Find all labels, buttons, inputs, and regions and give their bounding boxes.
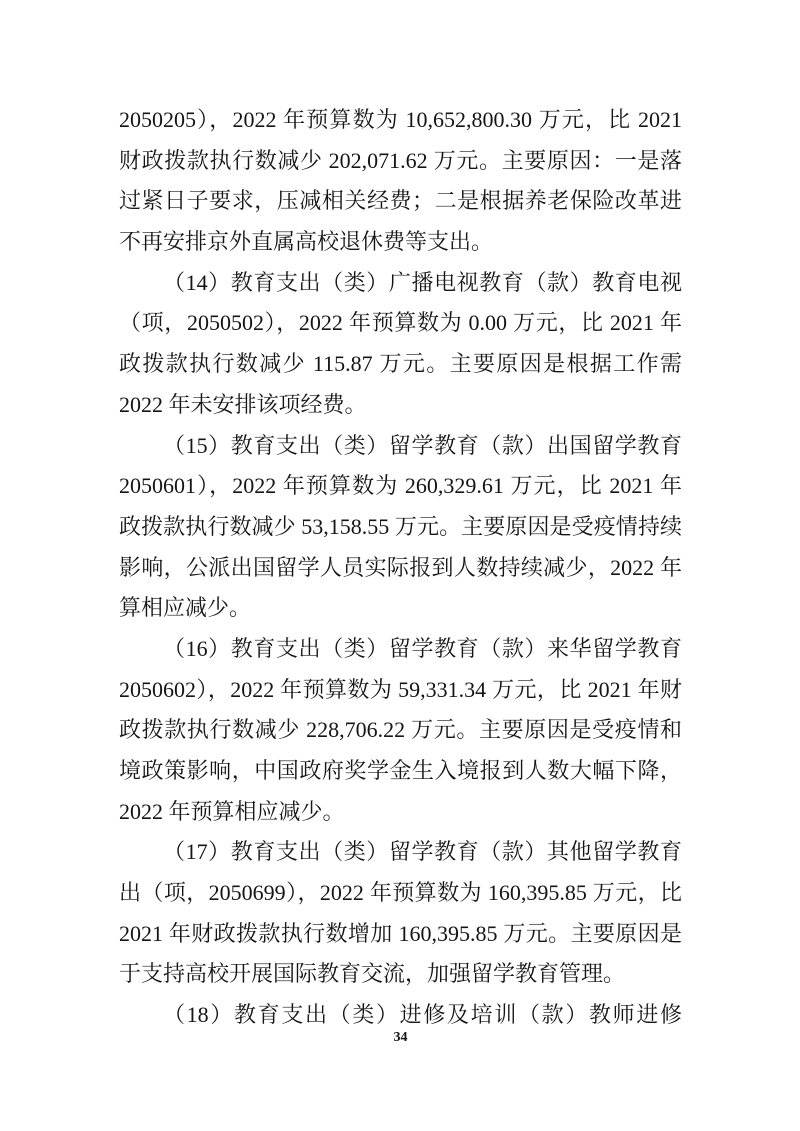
page-number: 34 (119, 1030, 682, 1046)
text-line: （17）教育支出（类）留学教育（款）其他留学教育支 (119, 832, 682, 873)
paragraph-13-continuation: 2050205），2022 年预算数为 10,652,800.30 万元，比 2… (119, 100, 682, 263)
text-line: 2022 年未安排该项经费。 (119, 385, 682, 426)
document-page: 2050205），2022 年预算数为 10,652,800.30 万元，比 2… (0, 0, 800, 1131)
text-line: 算相应减少。 (119, 588, 682, 629)
text-line: 影响，公派出国留学人员实际报到人数持续减少，2022 年预 (119, 548, 682, 589)
text-line: 境政策影响，中国政府奖学金生入境报到人数大幅下降， (119, 751, 682, 792)
text-line: 2021 年财政拨款执行数增加 160,395.85 万元。主要原因是用 (119, 914, 682, 955)
paragraph-16: （16）教育支出（类）留学教育（款）来华留学教育（项， 2050602），202… (119, 629, 682, 832)
text-line: 2050205），2022 年预算数为 10,652,800.30 万元，比 2… (119, 100, 682, 141)
text-line: 出（项，2050699），2022 年预算数为 160,395.85 万元，比 (119, 873, 682, 914)
text-line: 2050602），2022 年预算数为 59,331.34 万元，比 2021 … (119, 670, 682, 711)
text-line: 政拨款执行数减少 53,158.55 万元。主要原因是受疫情持续 (119, 507, 682, 548)
paragraph-14: （14）教育支出（类）广播电视教育（款）教育电视台 （项，2050502），20… (119, 263, 682, 426)
text-line: 财政拨款执行数减少 202,071.62 万元。主要原因：一是落实 (119, 141, 682, 182)
text-line: （14）教育支出（类）广播电视教育（款）教育电视台 (119, 263, 682, 304)
text-line: （项，2050502），2022 年预算数为 0.00 万元，比 2021 年财 (119, 303, 682, 344)
paragraph-15: （15）教育支出（类）留学教育（款）出国留学教育（项， 2050601），202… (119, 426, 682, 629)
text-line: 政拨款执行数减少 115.87 万元。主要原因是根据工作需要， (119, 344, 682, 385)
text-line: 2050601），2022 年预算数为 260,329.61 万元，比 2021… (119, 466, 682, 507)
text-line: 2022 年预算相应减少。 (119, 792, 682, 833)
text-line: 过紧日子要求，压减相关经费；二是根据养老保险改革进展， (119, 181, 682, 222)
paragraph-17: （17）教育支出（类）留学教育（款）其他留学教育支 出（项，2050699），2… (119, 832, 682, 995)
text-line: （16）教育支出（类）留学教育（款）来华留学教育（项， (119, 629, 682, 670)
text-line: 不再安排京外直属高校退休费等支出。 (119, 222, 682, 263)
text-column: 2050205），2022 年预算数为 10,652,800.30 万元，比 2… (119, 100, 682, 1036)
text-line: （15）教育支出（类）留学教育（款）出国留学教育（项， (119, 426, 682, 467)
text-line: 于支持高校开展国际教育交流，加强留学教育管理。 (119, 954, 682, 995)
text-line: 政拨款执行数减少 228,706.22 万元。主要原因是受疫情和入 (119, 710, 682, 751)
